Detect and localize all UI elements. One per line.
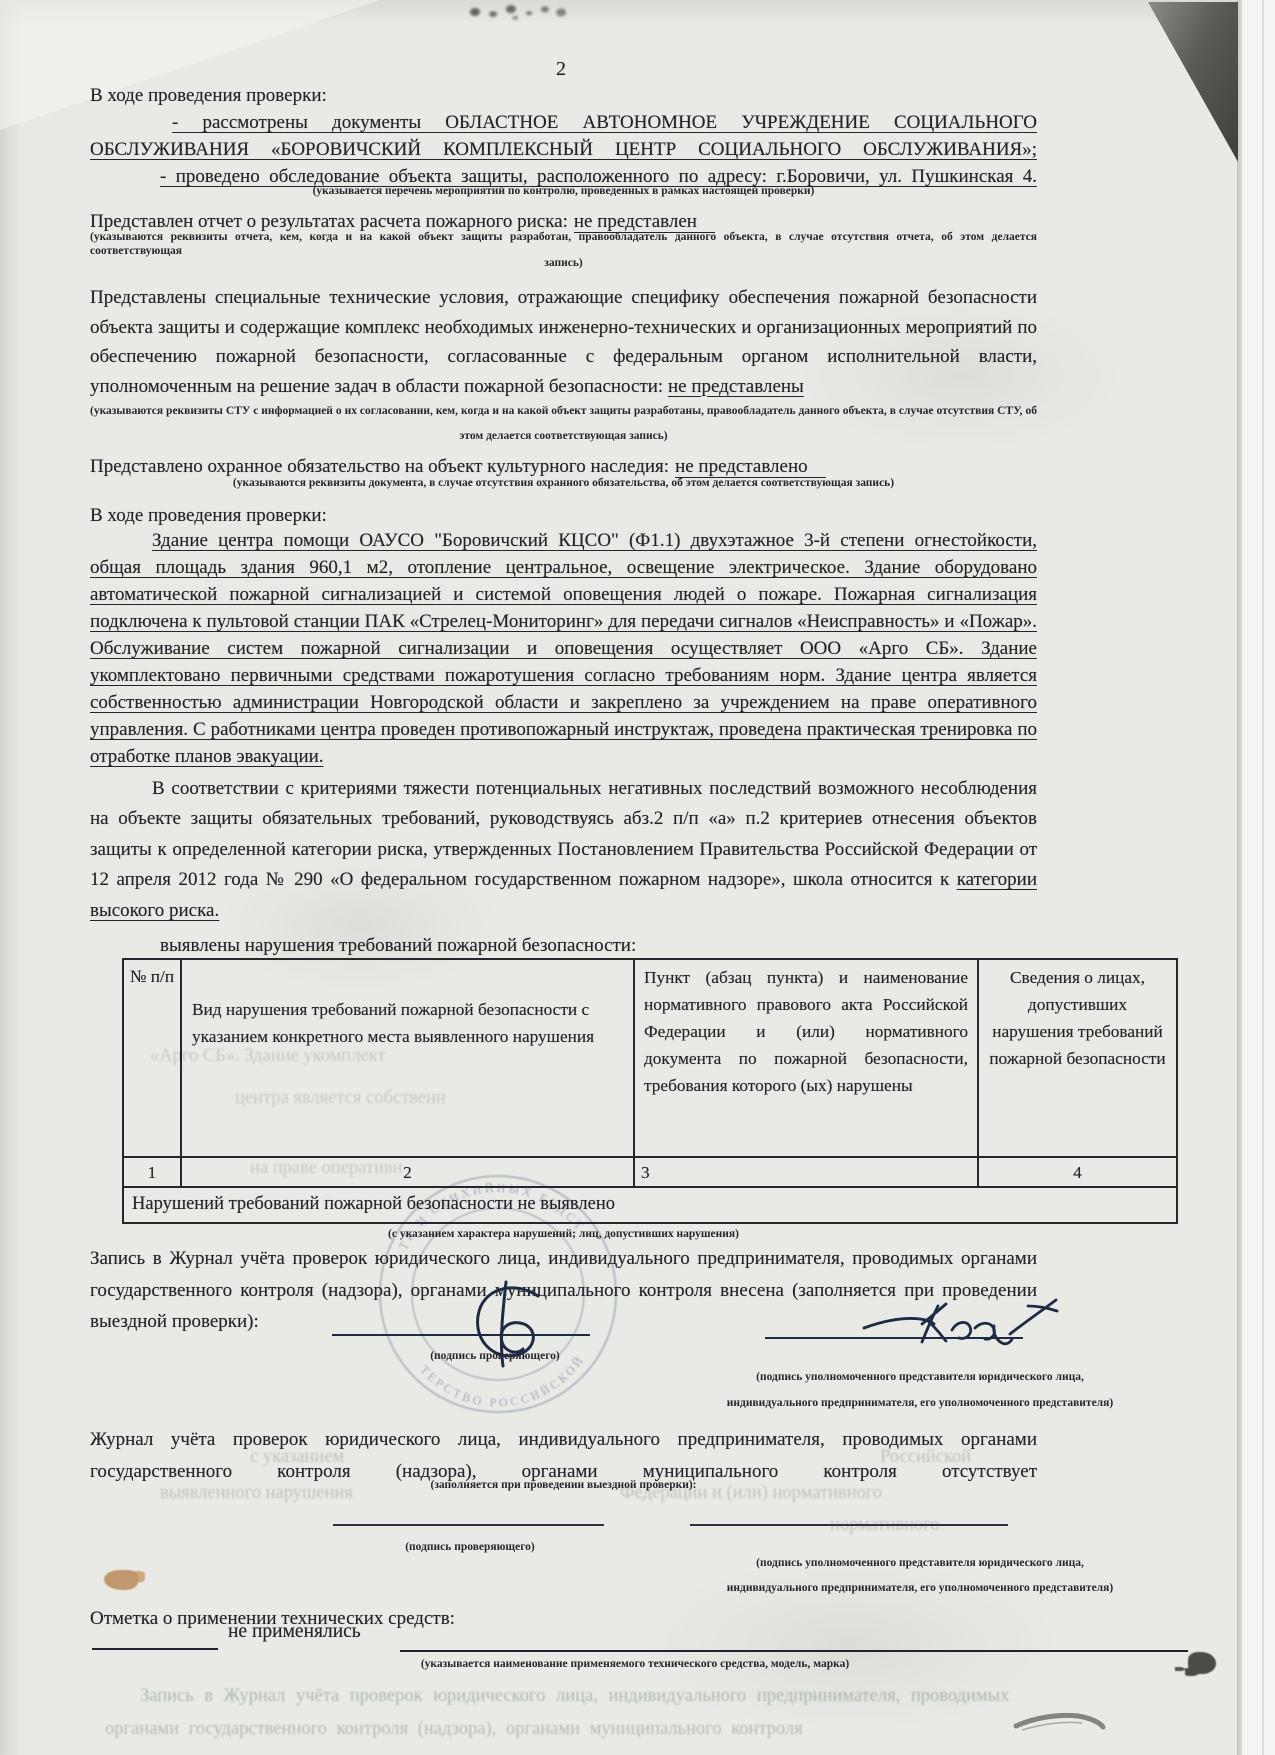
ghost-text: органами государственного контроля (надз… <box>105 1719 803 1740</box>
table-header-violation-type: Вид нарушения требований пожарной безопа… <box>182 960 635 1156</box>
heritage-caption: (указываются реквизиты документа, в случ… <box>90 476 1037 490</box>
table-column-number-2: 2 <box>182 1156 635 1186</box>
scanner-strip <box>1242 0 1275 1755</box>
stu-text: Представлены специальные технические усл… <box>90 287 1037 397</box>
table-column-number-1: 1 <box>124 1156 182 1186</box>
risk-report-label: Представлен отчет о результатах расчета … <box>90 211 568 232</box>
representative-caption-line-2: индивидуального предпринимателя, его упо… <box>690 1396 1150 1410</box>
representative-caption-2-line-2: индивидуального предпринимателя, его упо… <box>690 1581 1150 1595</box>
ink-blob <box>1188 1652 1216 1674</box>
violations-intro: выявлены нарушения требований пожарной б… <box>160 930 636 961</box>
paper-stain <box>104 1570 138 1590</box>
stu-paragraph: Представлены специальные технические усл… <box>90 283 1037 401</box>
risk-report-caption-1: (указываются реквизиты отчета, кем, когд… <box>90 230 1037 258</box>
scanned-document-page: «Арго СБ». Здание укомплект центра являе… <box>0 0 1275 1755</box>
left-edge-shadow <box>0 0 22 1755</box>
heritage-label: Представлено охранное обязательство на о… <box>90 456 669 477</box>
survey-caption: (указывается перечень мероприятий по кон… <box>90 184 1037 198</box>
table-header-normative-act: Пункт (абзац пункта) и наименование норм… <box>635 960 979 1156</box>
tech-means-underline-short <box>92 1648 218 1650</box>
page-number: 2 <box>556 58 566 81</box>
blank-signature-line-left <box>333 1524 604 1526</box>
risk-report-caption-2: запись) <box>90 256 1037 270</box>
heritage-value: не представлено <box>675 456 826 478</box>
no-violations-row: Нарушений требований пожарной безопаснос… <box>124 1186 1176 1222</box>
inspector-signature-caption-2: (подпись проверяющего) <box>350 1540 590 1554</box>
table-footnote: (с указанием характера нарушений; лиц, д… <box>90 1227 1037 1241</box>
blank-signature-line-right <box>690 1524 1008 1526</box>
scanner-strip-line <box>1262 0 1264 1755</box>
table-column-number-4: 4 <box>979 1156 1176 1186</box>
tech-means-underline-long <box>400 1650 1188 1652</box>
table-header-number: № п/п <box>124 960 182 1156</box>
building-paragraph: Здание центра помощи ОАУСО "Боровичский … <box>90 527 1037 770</box>
violations-table: № п/п Вид нарушения требований пожарной … <box>122 958 1178 1224</box>
representative-caption-line-1: (подпись уполномоченного представителя ю… <box>700 1370 1140 1384</box>
journal-absent-caption: (заполняется при проведении выездной про… <box>90 1478 1037 1492</box>
ghost-text: Запись в Журнал учёта проверок юридическ… <box>140 1686 1009 1707</box>
stu-caption-2: этом делается соответствующая запись) <box>90 429 1037 443</box>
stu-value: не представлены <box>668 376 804 397</box>
representative-signature-scribble <box>860 1290 1060 1352</box>
tech-means-caption: (указывается наименование применяемого т… <box>400 1657 870 1671</box>
pen-stroke-mark <box>1012 1706 1107 1734</box>
criteria-text: В соответствии с критериями тяжести поте… <box>90 778 1037 890</box>
table-header-persons: Сведения о лицах, допустивших нарушения … <box>979 960 1176 1156</box>
tech-means-value: не применялись <box>228 1621 361 1643</box>
stu-caption-1: (указываются реквизиты СТУ с информацией… <box>90 404 1037 418</box>
representative-caption-2-line-1: (подпись уполномоченного представителя ю… <box>700 1556 1140 1570</box>
criteria-paragraph: В соответствии с критериями тяжести поте… <box>90 774 1037 926</box>
table-column-number-3: 3 <box>635 1156 979 1186</box>
inspector-signature-scribble <box>452 1278 567 1370</box>
